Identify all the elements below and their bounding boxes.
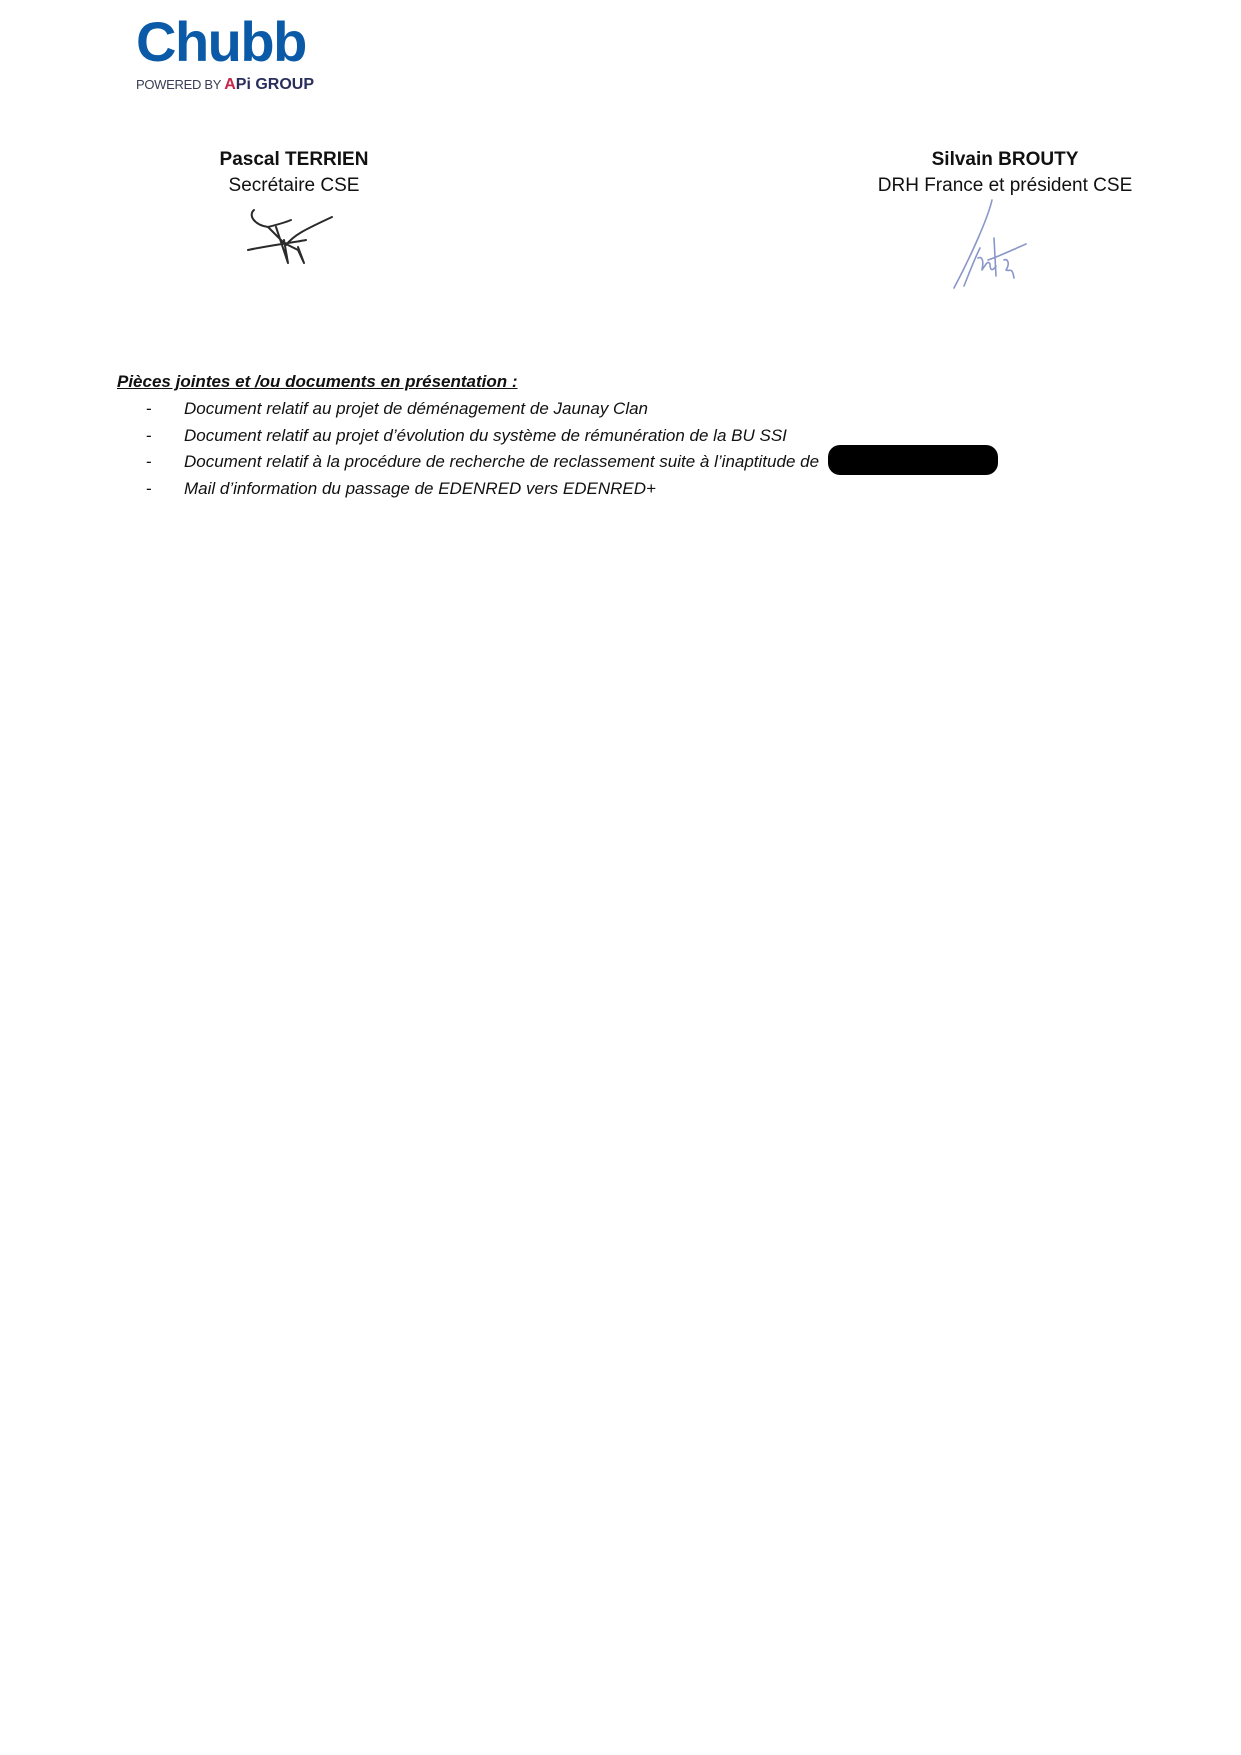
bullet-dash: - [146, 396, 152, 423]
logo-powered-by: POWERED BY [136, 77, 221, 92]
company-logo: Chubb POWERED BY APi GROUP [136, 14, 336, 94]
signatory-role: Secrétaire CSE [194, 173, 394, 199]
list-item-text: Document relatif au projet de déménageme… [184, 399, 648, 418]
list-item: - Document relatif à la procédure de rec… [117, 449, 1117, 476]
signatory-secretary: Pascal TERRIEN Secrétaire CSE [194, 147, 394, 199]
logo-brand: APi GROUP [224, 76, 314, 93]
attachments-section: Pièces jointes et /ou documents en prése… [117, 370, 1117, 502]
list-item: - Mail d’information du passage de EDENR… [117, 476, 1117, 503]
list-item: - Document relatif au projet de déménage… [117, 396, 1117, 423]
logo-brand-rest: Pi GROUP [236, 76, 314, 93]
list-item-text: Mail d’information du passage de EDENRED… [184, 479, 656, 498]
signatory-role: DRH France et président CSE [860, 173, 1150, 199]
list-item-text: Document relatif à la procédure de reche… [184, 452, 819, 471]
signatory-president: Silvain BROUTY DRH France et président C… [860, 147, 1150, 199]
bullet-dash: - [146, 476, 152, 503]
signatory-name: Silvain BROUTY [860, 147, 1150, 173]
bullet-dash: - [146, 423, 152, 450]
bullet-dash: - [146, 449, 152, 476]
attachments-list: - Document relatif au projet de déménage… [117, 396, 1117, 502]
logo-tagline: POWERED BY APi GROUP [136, 76, 336, 94]
signature-icon [950, 198, 1030, 293]
signatory-name: Pascal TERRIEN [194, 147, 394, 173]
logo-brand-accent: A [224, 76, 236, 93]
signature-icon [246, 205, 336, 265]
list-item-text: Document relatif au projet d’évolution d… [184, 426, 787, 445]
logo-wordmark: Chubb [136, 14, 336, 70]
redaction-block [828, 445, 998, 475]
attachments-heading: Pièces jointes et /ou documents en prése… [117, 370, 1117, 394]
